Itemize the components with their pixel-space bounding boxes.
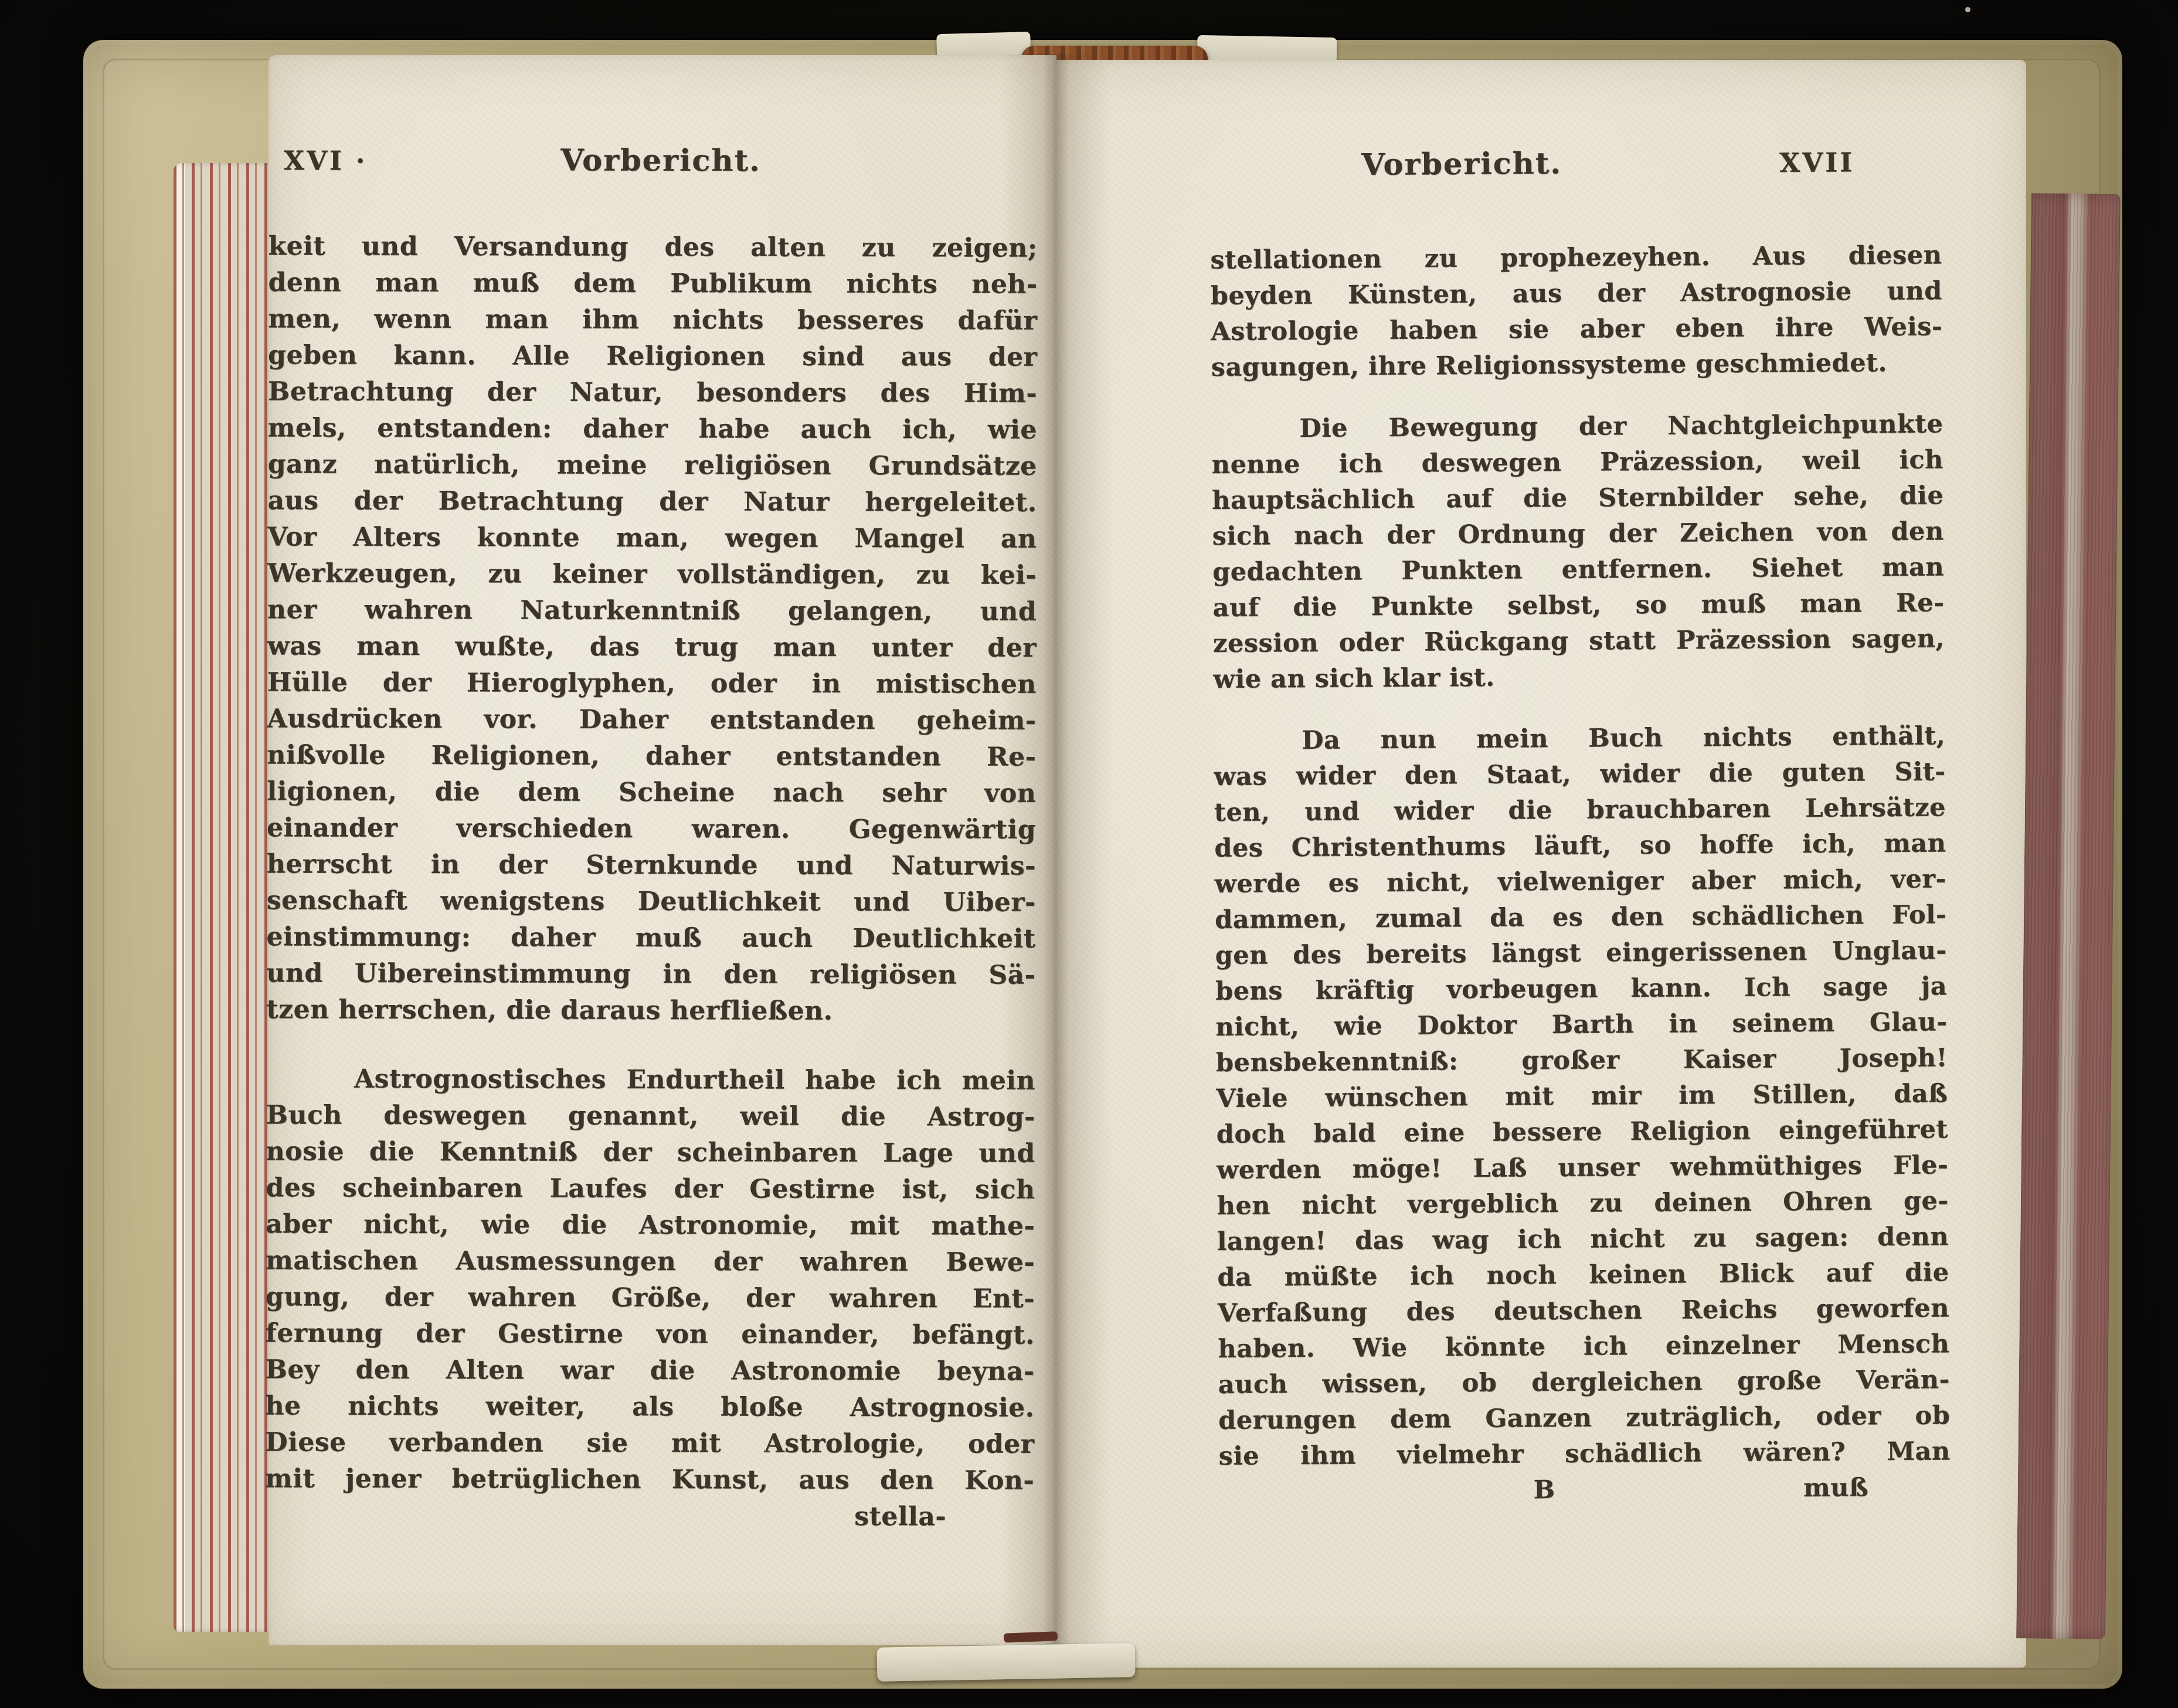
catchword: stella- (265, 1497, 1034, 1535)
right-page-number: XVII (1643, 144, 1941, 182)
gutter-bottom-sliver (1004, 1631, 1058, 1642)
text-line: bens kräftig vorbeugen kann. Ich sage ja (1215, 969, 1947, 1010)
text-line: Astrologie haben sie aber eben ihre Weis… (1211, 309, 1942, 350)
text-line: mels, entstanden: daher habe auch ich, w… (268, 410, 1037, 448)
bottom-page-edge (877, 1643, 1136, 1682)
text-line: sagungen, ihre Religionssysteme geschmie… (1211, 345, 1942, 386)
text-line: wie an sich klar ist. (1213, 657, 1945, 698)
text-line: Die Bewegung der Nachtgleichpunkte (1211, 406, 1943, 447)
text-line: Vor Alters konnte man, wegen Mangel an (267, 519, 1037, 557)
right-header-spacer (1209, 175, 1280, 176)
left-running-title: Vorbericht. (436, 142, 885, 179)
text-line: aus der Betrachtung der Natur hergeleite… (267, 483, 1037, 521)
text-line: beyden Künsten, aus der Astrognosie und (1211, 273, 1942, 314)
right-page-lines: stellationen zu prophezeyhen. Aus diesen… (1210, 237, 1951, 1510)
text-line: Bey den Alten war die Astronomie beyna- (266, 1352, 1035, 1390)
text-line: einander verschieden waren. Gegenwärtig (267, 810, 1036, 848)
text-line: nicht, wie Doktor Barth in seinem Glau- (1215, 1004, 1947, 1045)
text-line: des scheinbaren Laufes der Gestirne ist,… (266, 1170, 1035, 1208)
text-line: was man wußte, das trug man unter der (267, 628, 1037, 666)
text-line: Buch deswegen genannt, weil die Astrog- (266, 1097, 1035, 1135)
catchword: muß (1803, 1470, 1868, 1506)
text-line: geben kann. Alle Religionen sind aus der (268, 337, 1037, 375)
paragraph-gap (266, 1028, 1035, 1062)
text-line: he nichts weiter, als bloße Astrognosie. (265, 1388, 1034, 1426)
text-line: da müßte ich noch keinen Blick auf die (1217, 1255, 1949, 1296)
left-page-number: XVI · (269, 142, 436, 179)
left-page-header: XVI · Vorbericht. (269, 141, 1038, 181)
text-line: langen! das wag ich nicht zu sagen: denn (1217, 1219, 1949, 1260)
text-line: werde es nicht, vielweniger aber mich, v… (1215, 861, 1946, 902)
text-line: auf die Punkte selbst, so muß man Re- (1212, 585, 1944, 626)
text-line: gung, der wahren Größe, der wahren Ent- (266, 1279, 1035, 1317)
text-line: bensbekenntniß: großer Kaiser Joseph! (1216, 1040, 1948, 1081)
left-page-text: XVI · Vorbericht. keit und Versandung de… (265, 141, 1038, 1535)
text-line: Hülle der Hieroglyphen, oder in mistisch… (267, 664, 1037, 702)
text-line: herrscht in der Sternkunde und Naturwis- (267, 846, 1036, 884)
right-page-text: Vorbericht. XVII stellationen zu prophez… (1209, 142, 1951, 1510)
text-line: hauptsächlich auf die Sternbilder sehe, … (1212, 478, 1943, 519)
text-line: doch bald eine bessere Religion eingefüh… (1217, 1112, 1948, 1153)
text-line: Ausdrücken vor. Daher entstanden geheim- (267, 701, 1036, 739)
dust-speck (1965, 7, 1970, 12)
right-running-title: Vorbericht. (1280, 145, 1643, 184)
text-line: Verfaßung des deutschen Reichs geworfen (1218, 1291, 1949, 1332)
text-line: und Uibereinstimmung in den religiösen S… (266, 955, 1035, 993)
left-page-lines: keit und Versandung des alten zu zeigen;… (265, 228, 1038, 1535)
text-line: mit jener betrüglichen Kunst, aus den Ko… (265, 1461, 1034, 1499)
text-line: gen des bereits längst eingerissenen Ung… (1215, 933, 1946, 974)
text-line: werden möge! Laß unser wehmüthiges Fle- (1217, 1147, 1948, 1189)
text-line: Astrognostisches Endurtheil habe ich mei… (266, 1061, 1035, 1099)
text-line: ten, und wider die brauchbaren Lehrsätze (1214, 790, 1946, 831)
text-line: aber nicht, wie die Astronomie, mit math… (266, 1206, 1035, 1244)
signature-mark: B (1533, 1472, 1555, 1508)
right-page-header: Vorbericht. XVII (1209, 142, 1941, 185)
left-page-edges (174, 163, 272, 1632)
text-line: Diese verbanden sie mit Astrologie, oder (265, 1424, 1034, 1462)
text-line: sich nach der Ordnung der Zeichen von de… (1212, 514, 1943, 555)
text-line: ganz natürlich, meine religiösen Grundsä… (268, 446, 1037, 484)
text-line: ligionen, die dem Scheine nach sehr von (267, 773, 1036, 811)
photo-background: { "book": { "left_page": { "header": { "… (0, 0, 2178, 1708)
text-line: keit und Versandung des alten zu zeigen; (269, 228, 1038, 266)
text-line: Viele wünschen mit mir im Stillen, daß (1216, 1076, 1948, 1117)
text-line: ner wahren Naturkenntniß gelangen, und (267, 592, 1037, 630)
text-line: matischen Ausmessungen der wahren Bewe- (266, 1242, 1035, 1281)
text-line: men, wenn man ihm nichts besseres dafür (268, 301, 1037, 339)
text-line: einstimmung: daher muß auch Deutlichkeit (266, 919, 1035, 957)
left-header-spacer (885, 171, 1038, 172)
book-photo: XVI · Vorbericht. keit und Versandung de… (0, 0, 2178, 1708)
right-fore-edge (2016, 193, 2121, 1639)
text-line: haben. Wie könnte ich einzelner Mensch (1218, 1326, 1949, 1367)
text-line: Da nun mein Buch nichts enthält, (1214, 718, 1945, 759)
text-line: nosie die Kenntniß der scheinbaren Lage … (266, 1133, 1035, 1172)
text-line: nißvolle Religionen, daher entstanden Re… (267, 737, 1036, 775)
text-line: Werkzeugen, zu keiner vollständigen, zu … (267, 555, 1037, 593)
text-line: tzen herrschen, die daraus herfließen. (266, 991, 1035, 1030)
text-line: gedachten Punkten entfernen. Siehet man (1212, 549, 1944, 590)
text-line: stellationen zu prophezeyhen. Aus diesen (1210, 237, 1942, 279)
text-line: auch wissen, ob dergleichen große Verän- (1218, 1362, 1950, 1403)
text-line: Betrachtung der Natur, besonders des Him… (268, 373, 1037, 412)
text-line: derungen dem Ganzen zuträglich, oder ob (1218, 1398, 1950, 1439)
text-line: des Christenthums läuft, so hoffe ich, m… (1214, 826, 1946, 867)
text-line: denn man muß dem Publikum nichts neh- (268, 264, 1037, 303)
text-line: hen nicht vergeblich zu deinen Ohren ge- (1217, 1183, 1948, 1224)
text-line: dammen, zumal da es den schädlichen Fol- (1215, 897, 1946, 938)
text-line: senschaft wenigstens Deutlichkeit und Ui… (267, 882, 1036, 921)
text-line: sie ihm vielmehr schädlich wären? Man (1218, 1434, 1950, 1475)
text-line: nenne ich deswegen Präzession, weil ich (1212, 442, 1943, 483)
text-line: was wider den Staat, wider die guten Sit… (1214, 754, 1945, 795)
text-line: zession oder Rückgang statt Präzession s… (1213, 621, 1945, 662)
text-line: fernung der Gestirne von einander, befän… (266, 1315, 1035, 1353)
signature-line: Bmuß (1219, 1469, 1951, 1510)
